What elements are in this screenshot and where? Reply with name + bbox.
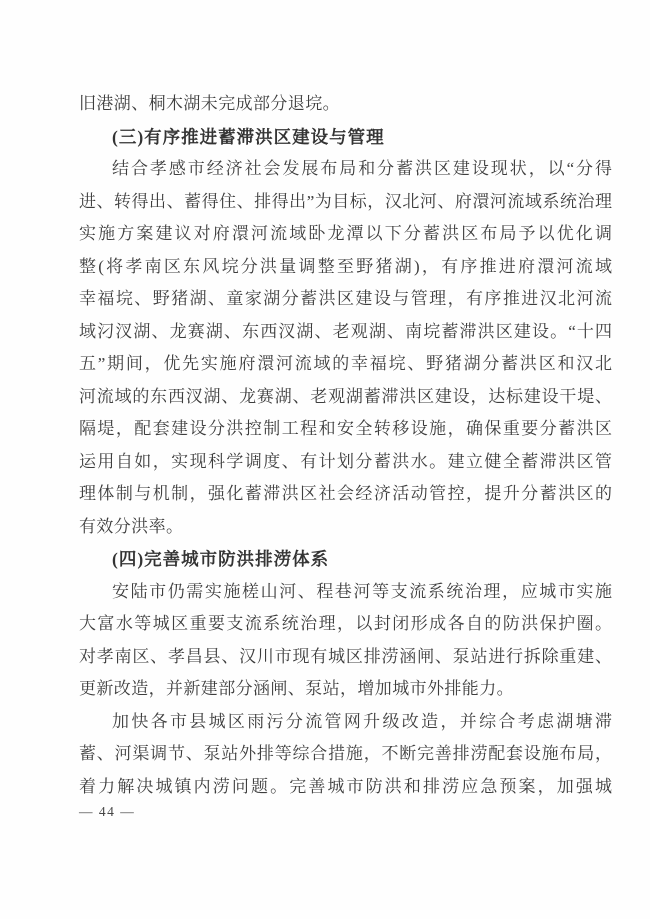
paragraph-line: 着力解决城镇内涝问题。完善城市防洪和排涝应急预案，加强城 — [79, 771, 612, 804]
paragraph-line: 隔堤，配套建设分洪控制工程和安全转移设施，确保重要分蓄洪区 — [79, 413, 612, 446]
paragraph-line: 五”期间，优先实施府澴河流域的幸福垸、野猪湖分蓄洪区和汉北 — [79, 348, 612, 381]
paragraph-line: 整(将孝南区东风垸分洪量调整至野猪湖)，有序推进府澴河流域 — [79, 251, 612, 284]
paragraph-line: 旧港湖、桐木湖未完成部分退垸。 — [79, 88, 612, 121]
page-number: — 44 — — [79, 801, 135, 823]
paragraph-line: 对孝南区、孝昌县、汉川市现有城区排涝涵闸、泵站进行拆除重建、 — [79, 641, 612, 674]
paragraph-line: 更新改造，并新建部分涵闸、泵站，增加城市外排能力。 — [79, 673, 612, 706]
paragraph-line: 大富水等城区重要支流系统治理，以封闭形成各自的防洪保护圈。 — [79, 608, 612, 641]
paragraph-line: 结合孝感市经济社会发展布局和分蓄洪区建设现状，以“分得 — [79, 153, 612, 186]
paragraph-line: 河流域的东西汊湖、龙赛湖、老观湖蓄滞洪区建设，达标建设干堤、 — [79, 381, 612, 414]
paragraph-line: 有效分洪率。 — [79, 511, 612, 544]
paragraph-line: 蓄、河渠调节、泵站外排等综合措施，不断完善排涝配套设施布局， — [79, 738, 612, 771]
section-heading-4: (四)完善城市防洪排涝体系 — [79, 543, 612, 576]
paragraph-line: 幸福垸、野猪湖、童家湖分蓄洪区建设与管理，有序推进汉北河流 — [79, 283, 612, 316]
paragraph-line: 安陆市仍需实施槎山河、程巷河等支流系统治理，应城市实施 — [79, 576, 612, 609]
paragraph-line: 理体制与机制，强化蓄滞洪区社会经济活动管控，提升分蓄洪区的 — [79, 478, 612, 511]
paragraph-line: 进、转得出、蓄得住、排得出”为目标，汉北河、府澴河流域系统治理 — [79, 186, 612, 219]
section-heading-3: (三)有序推进蓄滞洪区建设与管理 — [79, 121, 612, 154]
paragraph-line: 运用自如，实现科学调度、有计划分蓄洪水。建立健全蓄滞洪区管 — [79, 446, 612, 479]
document-page: 旧港湖、桐木湖未完成部分退垸。 (三)有序推进蓄滞洪区建设与管理 结合孝感市经济… — [0, 0, 650, 919]
paragraph-line: 加快各市县城区雨污分流管网升级改造，并综合考虑湖塘滞 — [79, 706, 612, 739]
paragraph-line: 实施方案建议对府澴河流域卧龙潭以下分蓄洪区布局予以优化调 — [79, 218, 612, 251]
paragraph-line: 域汈汊湖、龙赛湖、东西汊湖、老观湖、南垸蓄滞洪区建设。“十四 — [79, 316, 612, 349]
text-body: 旧港湖、桐木湖未完成部分退垸。 (三)有序推进蓄滞洪区建设与管理 结合孝感市经济… — [79, 88, 612, 803]
